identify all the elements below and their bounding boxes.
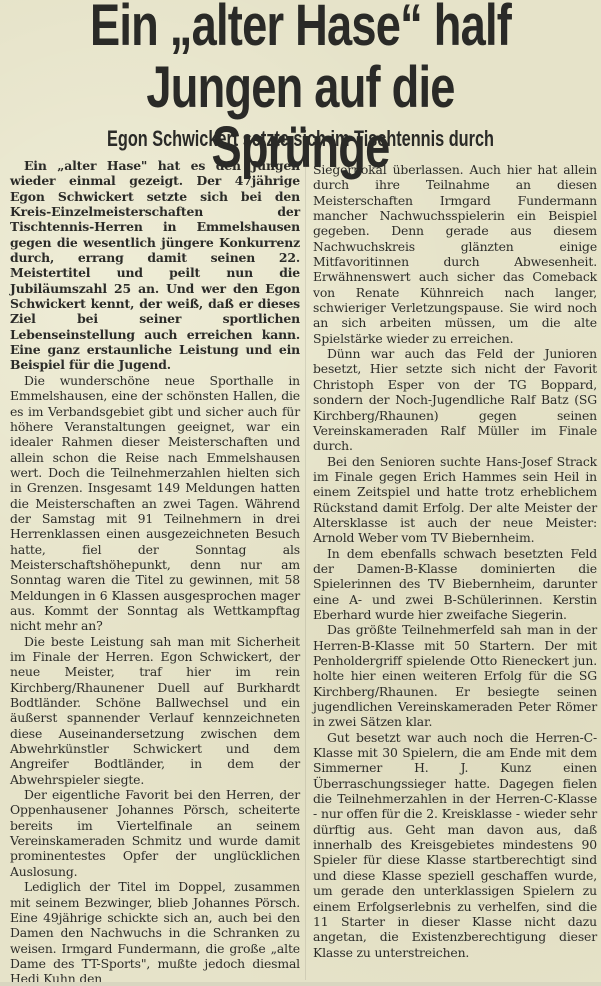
article-column-right: Siegerpokal überlassen. Auch hier hat al… bbox=[313, 162, 597, 960]
body-paragraph: Der eigentliche Favorit bei den Herren, … bbox=[10, 787, 300, 879]
body-paragraph: Das größte Teilnehmerfeld sah man in der… bbox=[313, 622, 597, 729]
headline-line-1: Ein „alter Hase“ half bbox=[66, 0, 535, 56]
subheadline: Egon Schwickert setzte sich im Tischtenn… bbox=[78, 126, 523, 152]
body-paragraph: Bei den Senioren suchte Hans-Josef Strac… bbox=[313, 454, 597, 546]
lead-paragraph: Ein „alter Hase" hat es den Jungen wiede… bbox=[10, 158, 300, 373]
body-paragraph: Lediglich der Titel im Doppel, zusammen … bbox=[10, 879, 300, 986]
body-paragraph-continued: Siegerpokal überlassen. Auch hier hat al… bbox=[313, 162, 597, 346]
article-column-left: Ein „alter Hase" hat es den Jungen wiede… bbox=[10, 158, 300, 986]
clipping-bottom-edge bbox=[0, 982, 601, 986]
body-paragraph: Dünn war auch das Feld der Junioren bese… bbox=[313, 346, 597, 453]
body-paragraph: Die beste Leistung sah man mit Sicherhei… bbox=[10, 634, 300, 787]
body-paragraph: Die wunderschöne neue Sporthalle in Emme… bbox=[10, 373, 300, 634]
body-paragraph: In dem ebenfalls schwach besetzten Feld … bbox=[313, 546, 597, 623]
newspaper-clipping: Ein „alter Hase“ half Jungen auf die Spr… bbox=[0, 0, 601, 986]
column-divider bbox=[305, 160, 306, 980]
body-paragraph: Gut besetzt war auch noch die Herren-C-K… bbox=[313, 730, 597, 960]
